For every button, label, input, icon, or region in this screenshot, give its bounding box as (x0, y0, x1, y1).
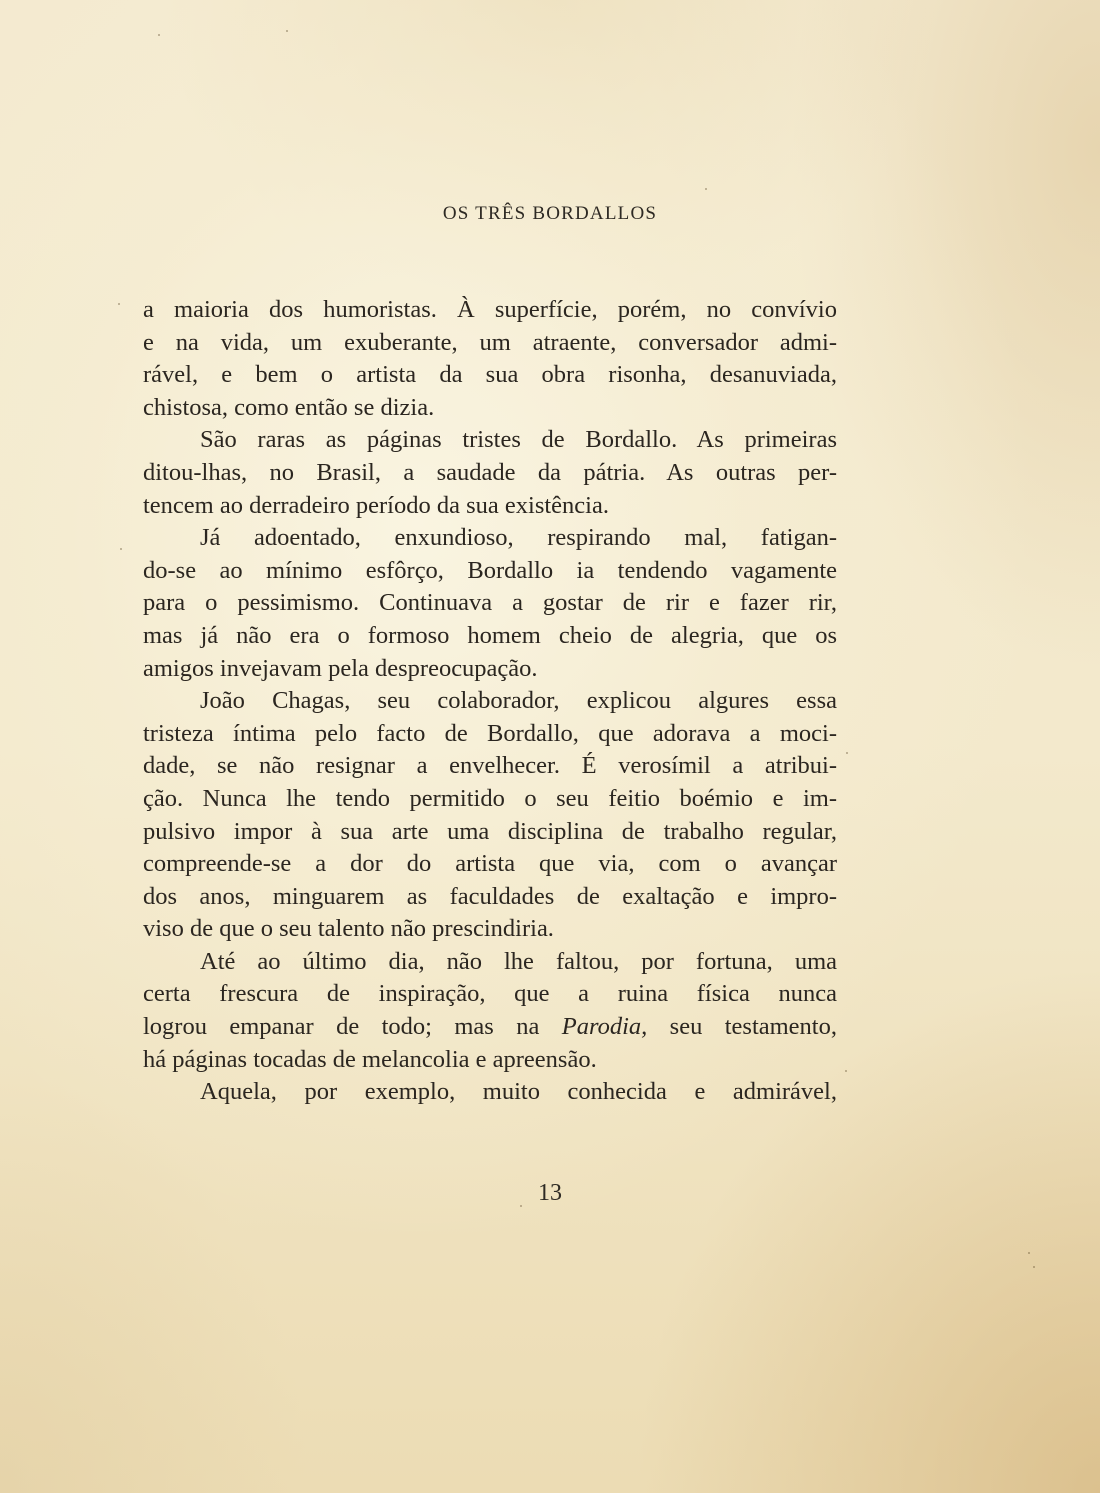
text-line: dade, se não resignar a envelhecer. É ve… (143, 750, 837, 783)
text-line: Aquela, por exemplo, muito conhecida e a… (143, 1076, 837, 1109)
text-line: rável, e bem o artista da sua obra rison… (143, 359, 837, 392)
text-line: Já adoentado, enxundioso, respirando mal… (143, 522, 837, 555)
paragraph-2: São raras as páginas tristes de Bordallo… (143, 424, 837, 522)
text-line: ção. Nunca lhe tendo permitido o seu fei… (143, 783, 837, 816)
text-line: chistosa, como então se dizia. (143, 392, 837, 425)
text-line: pulsivo impor à sua arte uma disciplina … (143, 816, 837, 849)
italic-title-parodia: Parodia, (562, 1013, 648, 1040)
text-line: do-se ao mínimo esfôrço, Bordallo ia ten… (143, 555, 837, 588)
running-title: OS TRÊS BORDALLOS (0, 203, 1100, 225)
book-page: OS TRÊS BORDALLOS a maioria dos humorist… (0, 0, 1100, 1493)
text-line: compreende-se a dor do artista que via, … (143, 848, 837, 881)
paper-speck (1028, 1252, 1030, 1254)
text-line: tencem ao derradeiro período da sua exis… (143, 490, 837, 523)
text-line: há páginas tocadas de melancolia e apree… (143, 1044, 837, 1077)
text-line: São raras as páginas tristes de Bordallo… (143, 424, 837, 457)
text-line: a maioria dos humoristas. À superfície, … (143, 294, 837, 327)
text-line: João Chagas, seu colaborador, explicou a… (143, 685, 837, 718)
text-line: tristeza íntima pelo facto de Bordallo, … (143, 718, 837, 751)
text-line: Até ao último dia, não lhe faltou, por f… (143, 946, 837, 979)
paper-speck (845, 1070, 847, 1072)
text-line: ditou-lhas, no Brasil, a saudade da pátr… (143, 457, 837, 490)
text-line: amigos invejavam pela despreocupação. (143, 653, 837, 686)
paragraph-6: Aquela, por exemplo, muito conhecida e a… (143, 1076, 837, 1109)
paragraph-5: Até ao último dia, não lhe faltou, por f… (143, 946, 837, 1076)
page-number: 13 (0, 1180, 1100, 1207)
paragraph-1: a maioria dos humoristas. À superfície, … (143, 294, 837, 424)
text-line: para o pessimismo. Continuava a gostar d… (143, 587, 837, 620)
paper-speck (158, 34, 160, 36)
text-line: viso de que o seu talento não prescindir… (143, 913, 837, 946)
text-line: mas já não era o formoso homem cheio de … (143, 620, 837, 653)
text-segment: seu testamento, (647, 1013, 837, 1040)
body-text: a maioria dos humoristas. À superfície, … (143, 294, 837, 1109)
text-line: e na vida, um exuberante, um atraente, c… (143, 327, 837, 360)
text-segment: logrou empanar de todo; mas na (143, 1013, 562, 1040)
paper-speck (846, 752, 848, 754)
paper-speck (1033, 1266, 1035, 1268)
paper-speck (120, 548, 122, 550)
paper-speck (118, 303, 120, 305)
text-line: dos anos, minguarem as faculdades de exa… (143, 881, 837, 914)
paper-speck (520, 1205, 522, 1207)
paper-speck (286, 30, 288, 32)
text-line-with-italic: logrou empanar de todo; mas na Parodia, … (143, 1011, 837, 1044)
paragraph-4: João Chagas, seu colaborador, explicou a… (143, 685, 837, 946)
text-line: certa frescura de inspiração, que a ruin… (143, 978, 837, 1011)
paper-speck (705, 188, 707, 190)
paragraph-3: Já adoentado, enxundioso, respirando mal… (143, 522, 837, 685)
